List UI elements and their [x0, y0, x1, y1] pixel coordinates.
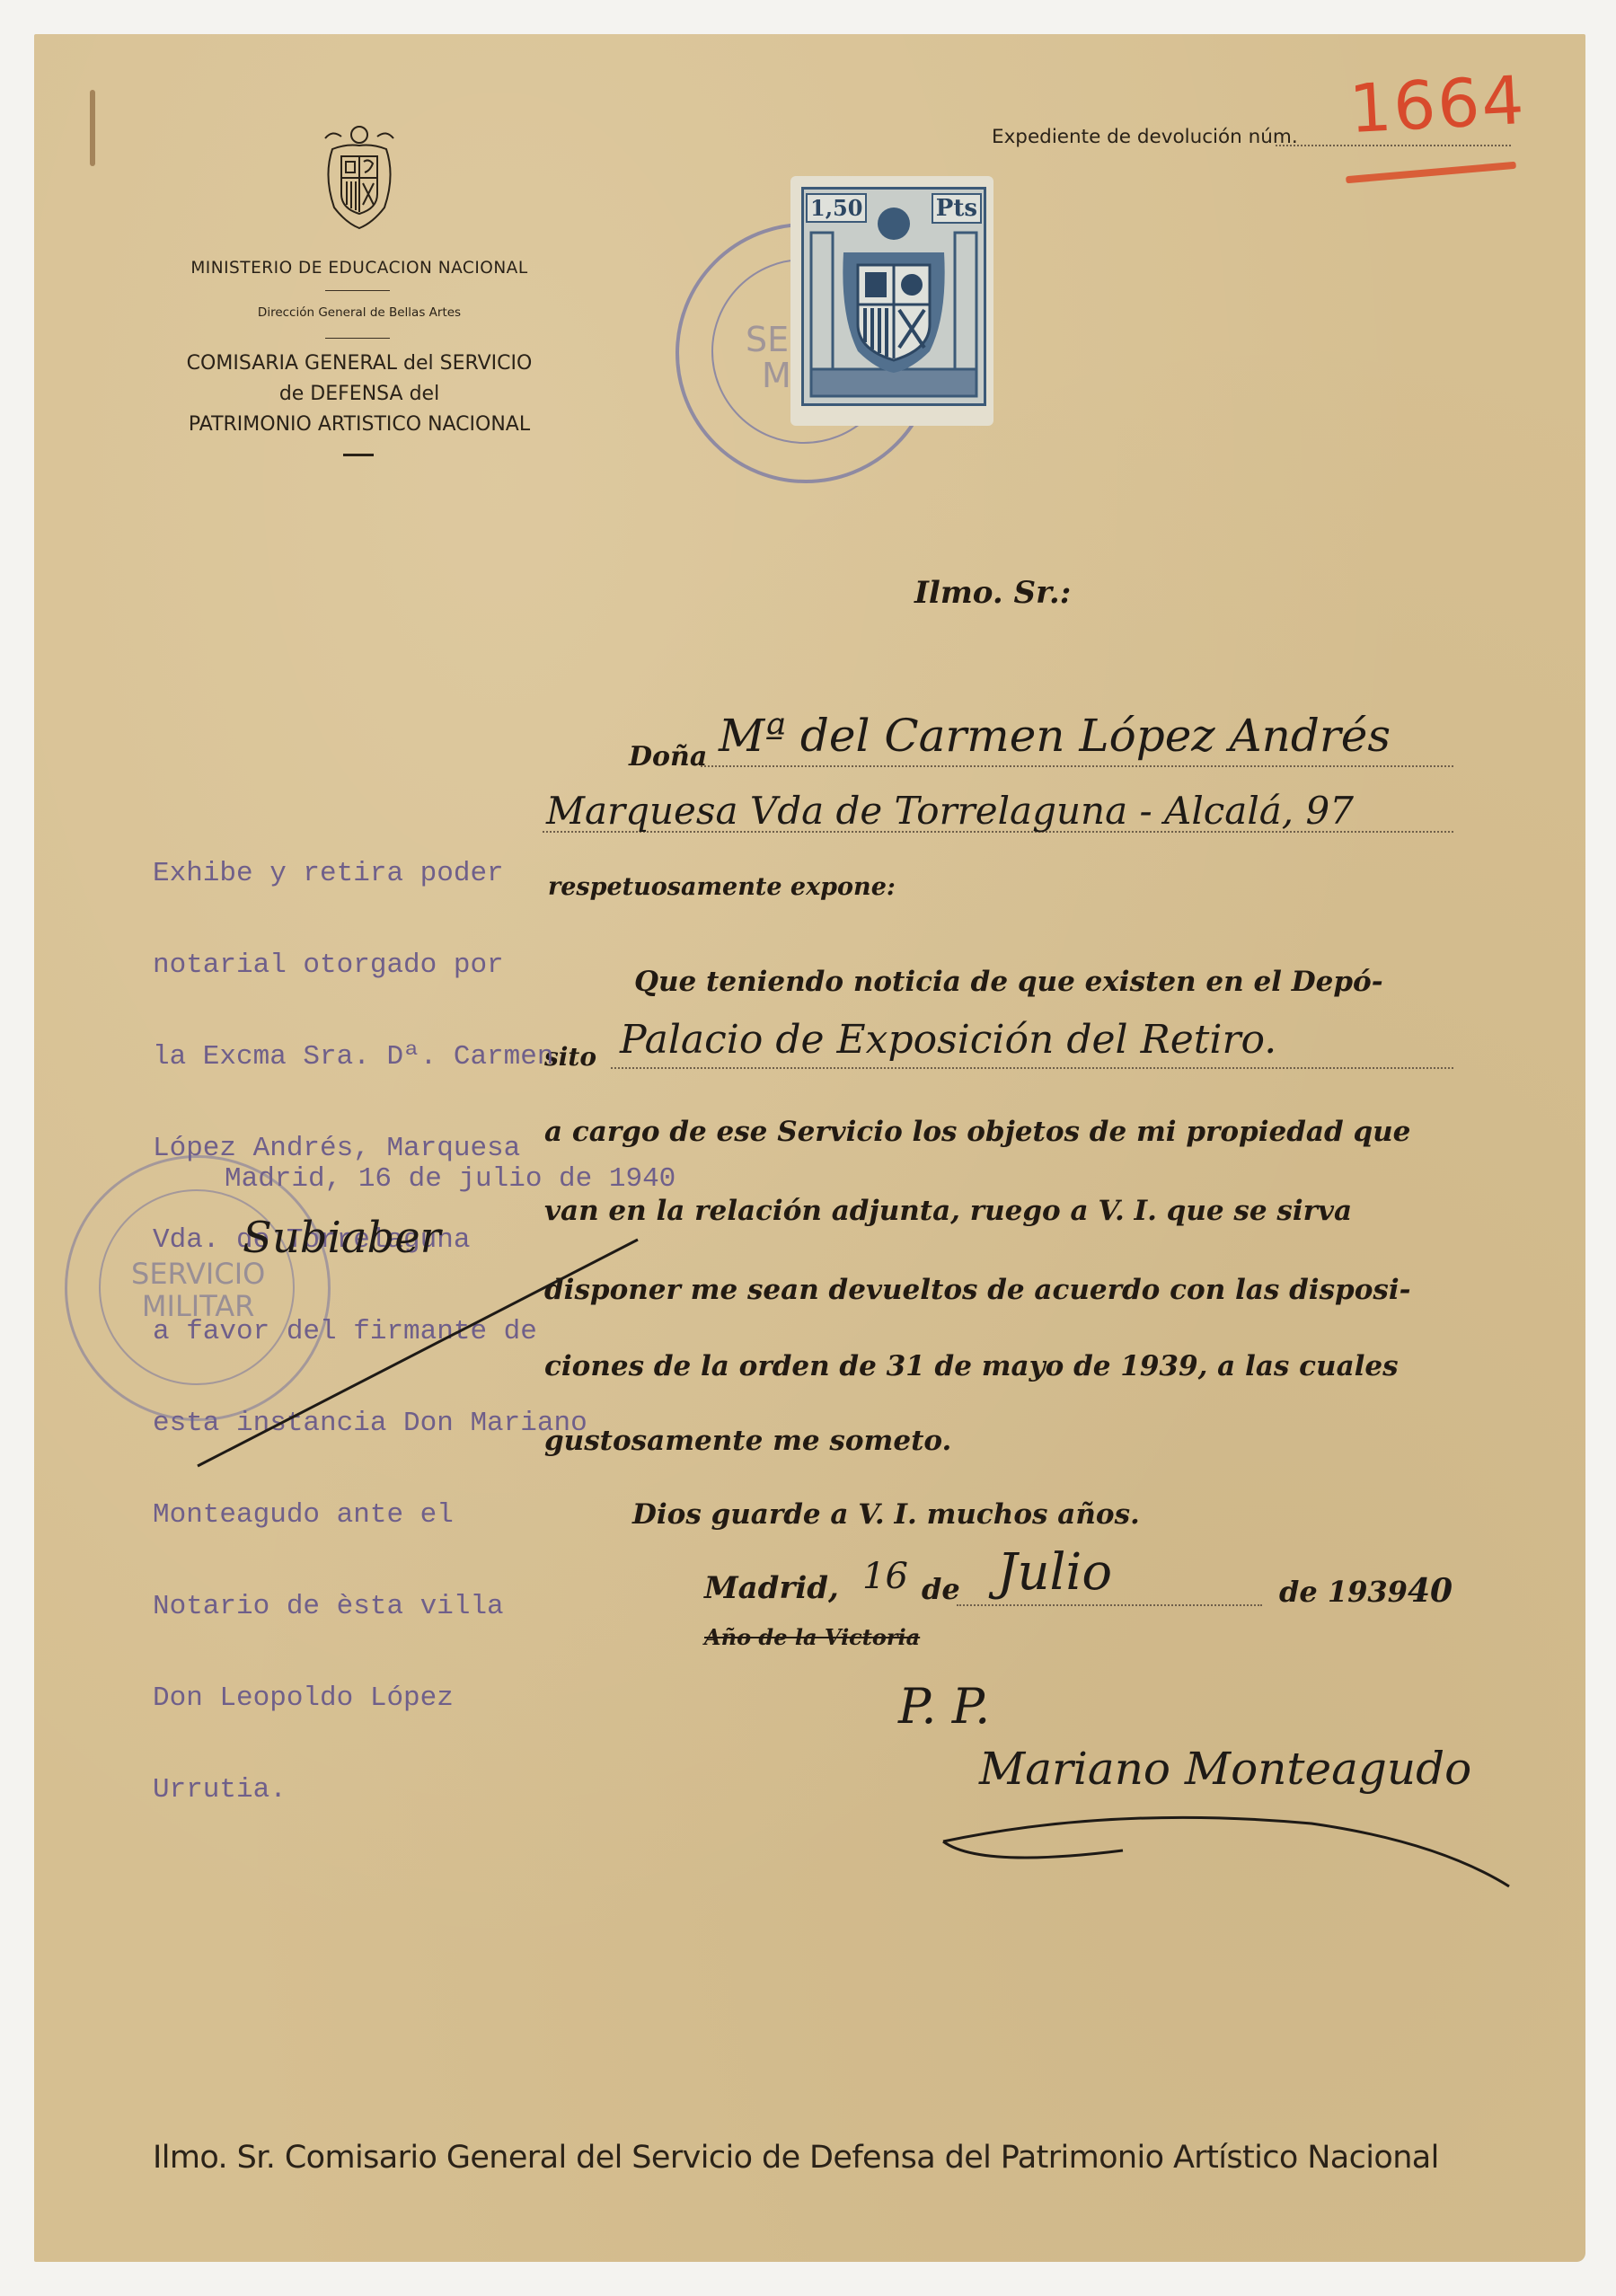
- body-line-1: Que teniendo noticia de que existen en e…: [634, 966, 1383, 998]
- date-city: Madrid,: [704, 1570, 839, 1606]
- stamp-coat-of-arms-icon: [804, 190, 984, 403]
- body-line-3: a cargo de ese Servicio los objetos de m…: [544, 1116, 1410, 1148]
- closing-line: Dios guarde a V. I. muchos años.: [632, 1498, 1140, 1531]
- divider: [325, 338, 390, 339]
- spanish-coat-of-arms-icon: [314, 122, 404, 234]
- expone-label: respetuosamente expone:: [548, 873, 896, 901]
- commission-heading: COMISARIA GENERAL del SERVICIO de DEFENS…: [153, 349, 566, 440]
- divider: [343, 454, 374, 456]
- divider: [325, 290, 390, 291]
- body-line-5: disponer me sean devueltos de acuerdo co…: [544, 1274, 1410, 1306]
- signature: Mariano Monteagudo: [979, 1743, 1471, 1795]
- date-de: de: [922, 1572, 960, 1606]
- dona-label: Doña: [629, 741, 707, 773]
- margin-note-date: Madrid, 16 de julio de 1940: [225, 1164, 676, 1195]
- deposit-handwritten: Palacio de Exposición del Retiro.: [620, 1017, 1276, 1063]
- body-line-4: van en la relación adjunta, ruego a V. I…: [544, 1195, 1352, 1227]
- deposit-field: [611, 1067, 1453, 1069]
- month-field: [957, 1604, 1262, 1606]
- fiscal-stamp: 1,50 Pts: [790, 176, 993, 426]
- file-number-value: 1664: [1347, 62, 1528, 148]
- direction-heading: Dirección General de Bellas Artes: [153, 305, 566, 320]
- year-correction-handwritten: 40: [1408, 1572, 1453, 1610]
- date-month-handwritten: Julio: [997, 1543, 1112, 1602]
- addressee-footer: Ilmo. Sr. Comisario General del Servicio…: [153, 2140, 1439, 2176]
- pp-label: P. P.: [898, 1678, 990, 1735]
- date-day-handwritten: 16: [862, 1556, 908, 1597]
- ministry-heading: MINISTERIO DE EDUCACION NACIONAL: [153, 259, 566, 278]
- binding-mark: [90, 90, 95, 166]
- signature-flourish: [934, 1806, 1527, 1895]
- applicant-name-handwritten: Mª del Carmen López Andrés: [719, 710, 1391, 762]
- date-year-label: de 193940: [1279, 1572, 1453, 1610]
- applicant-address-handwritten: Marquesa Vda de Torrelaguna - Alcalá, 97: [546, 789, 1354, 833]
- margin-slash-stroke: [189, 1231, 656, 1473]
- body-line-6: ciones de la orden de 31 de mayo de 1939…: [544, 1350, 1399, 1382]
- file-number-label: Expediente de devolución núm.: [992, 126, 1298, 148]
- salutation: Ilmo. Sr.:: [914, 575, 1071, 611]
- name-field: [701, 765, 1453, 767]
- struck-year-motto: Año de la Victoria: [704, 1624, 920, 1650]
